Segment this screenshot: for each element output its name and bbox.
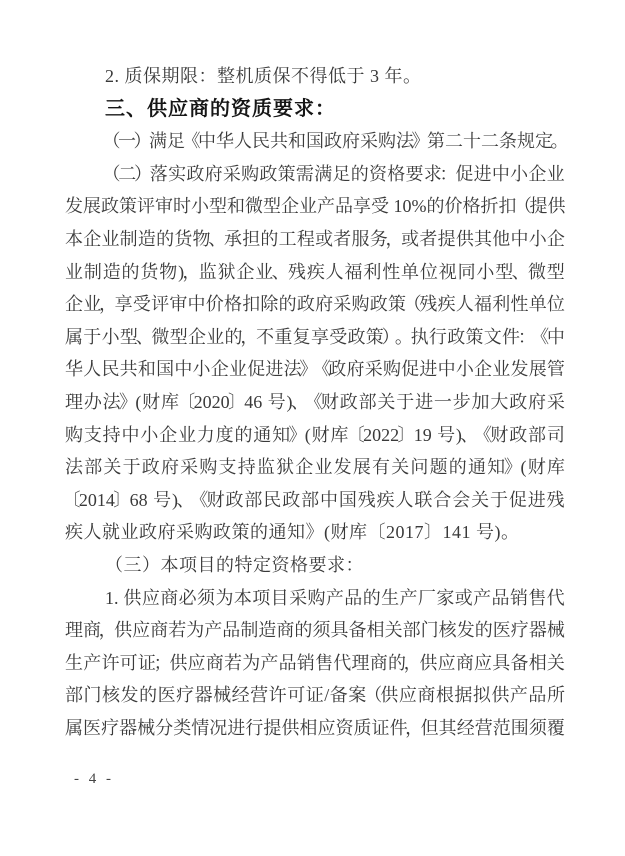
section-heading-supplier-qualifications: 三、供应商的资质要求： xyxy=(65,93,565,126)
list-item-warranty-term: 2. 质保期限：整机质保不得低于 3 年。 xyxy=(65,60,565,93)
document-page: 2. 质保期限：整机质保不得低于 3 年。 三、供应商的资质要求： （一）满足《… xyxy=(0,0,625,856)
paragraph-line: 企业，享受评审中价格扣除的政府采购政策（残疾人福利性单位 xyxy=(65,288,565,321)
paragraph-line: （一）满足《中华人民共和国政府采购法》第二十二条规定。 xyxy=(65,125,565,158)
paragraph-line: 法部关于政府采购支持监狱企业发展有关问题的通知》(财库 xyxy=(65,451,565,484)
paragraph-line: 发展政策评审时小型和微型企业产品享受 10%的价格折扣（提供 xyxy=(65,190,565,223)
paragraph-line: 疾人就业政府采购政策的通知》(财库〔2017〕141 号)。 xyxy=(65,516,565,549)
paragraph-line: 1. 供应商必须为本项目采购产品的生产厂家或产品销售代 xyxy=(65,582,565,615)
paragraph-line: 业制造的货物)，监狱企业、残疾人福利性单位视同小型、微型 xyxy=(65,256,565,289)
paragraph-line: 华人民共和国中小企业促进法》《政府采购促进中小企业发展管 xyxy=(65,353,565,386)
page-number: - 4 - xyxy=(74,771,114,788)
paragraph-line: 理办法》(财库〔2020〕46 号)、《财政部关于进一步加大政府采 xyxy=(65,386,565,419)
paragraph-line: 本企业制造的货物、承担的工程或者服务，或者提供其他中小企 xyxy=(65,223,565,256)
document-body: 2. 质保期限：整机质保不得低于 3 年。 三、供应商的资质要求： （一）满足《… xyxy=(65,60,565,744)
paragraph-line: 生产许可证；供应商若为产品销售代理商的，供应商应具备相关 xyxy=(65,647,565,680)
subsection-heading-specific-requirements: （三）本项目的特定资格要求： xyxy=(65,549,565,582)
paragraph-line: （二）落实政府采购政策需满足的资格要求：促进中小企业 xyxy=(65,158,565,191)
paragraph-line: 属于小型、微型企业的，不重复享受政策）。执行政策文件：《中 xyxy=(65,321,565,354)
paragraph-line: 属医疗器械分类情况进行提供相应资质证件，但其经营范围须覆 xyxy=(65,712,565,745)
paragraph-line: 购支持中小企业力度的通知》(财库〔2022〕19 号)、《财政部司 xyxy=(65,419,565,452)
paragraph-line: 理商，供应商若为产品制造商的须具备相关部门核发的医疗器械 xyxy=(65,614,565,647)
paragraph-line: 部门核发的医疗器械经营许可证/备案（供应商根据拟供产品所 xyxy=(65,679,565,712)
paragraph-line: 〔2014〕68 号)、《财政部民政部中国残疾人联合会关于促进残 xyxy=(65,484,565,517)
